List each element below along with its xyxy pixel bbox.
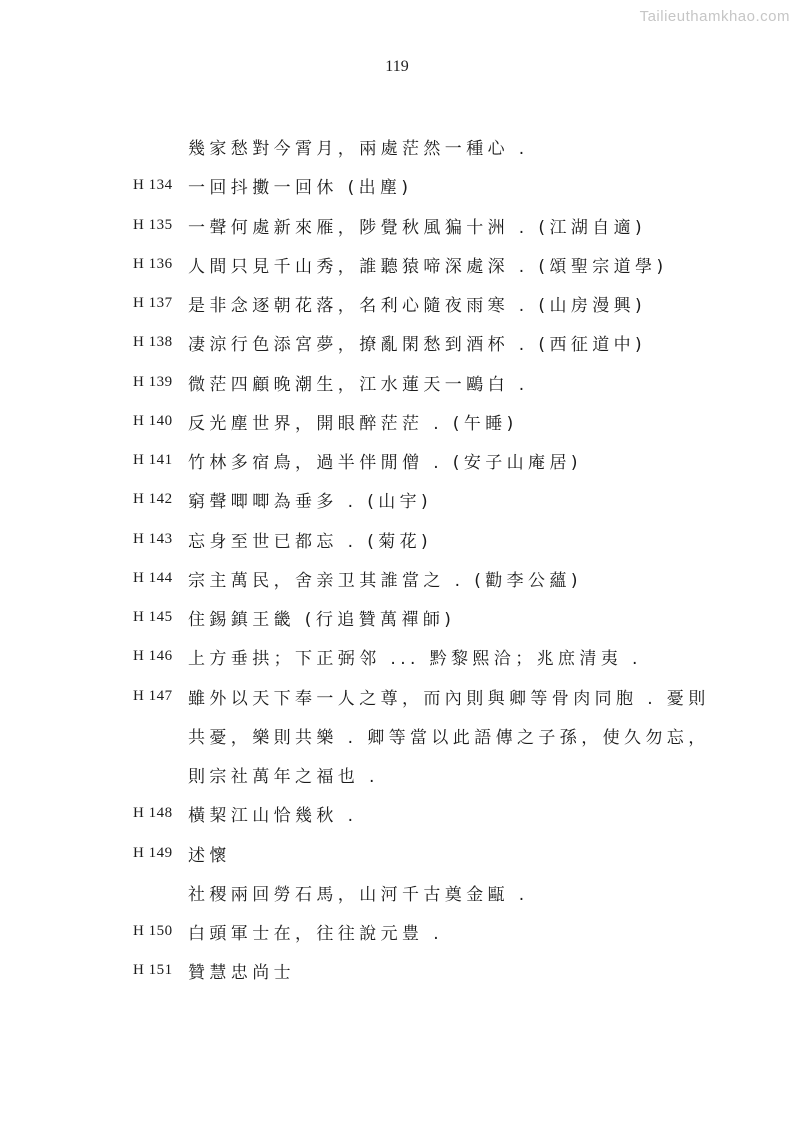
entry-label: H 142 xyxy=(133,491,188,508)
entry-label: H 138 xyxy=(133,334,188,351)
entry-row: H 145住錫鎮王畿 (行追贊萬禪師) xyxy=(133,598,754,637)
entry-row: H 147雖外以天下奉一人之尊，而內則與卿等骨肉同胞 . 憂則 xyxy=(133,677,754,716)
entry-row: 社稷兩回勞石馬，山河千古奠金甌 . xyxy=(133,873,754,912)
entry-text: 白頭軍士在，往往說元豊 . xyxy=(188,919,443,944)
entry-label: H 148 xyxy=(133,805,188,822)
entry-label: H 134 xyxy=(133,177,188,194)
entry-row: H 135一聲何處新來雁，陟覺秋風猵十洲 . (江湖自適) xyxy=(133,206,754,245)
entry-row: H 136人間只見千山秀，誰聽猿啼深處深 . (頌聖宗道學) xyxy=(133,245,754,284)
entry-text: 是非念逐朝花落，名利心隨夜雨寒 . (山房漫興) xyxy=(188,291,646,316)
entry-row: H 151贊慧忠尚士 xyxy=(133,951,754,990)
entry-row: H 143忘身至世已都忘 . (菊花) xyxy=(133,520,754,559)
entry-label: H 139 xyxy=(133,374,188,391)
entry-text: 宗主萬民，舍亲卫其誰當之 . (勸李公蘊) xyxy=(188,566,582,591)
entry-text: 窮聲唧唧為垂多 . (山宇) xyxy=(188,487,432,512)
entry-text: 則宗社萬年之福也 . xyxy=(188,762,379,787)
entry-text: 住錫鎮王畿 (行追贊萬禪師) xyxy=(188,605,455,630)
entry-label: H 140 xyxy=(133,413,188,430)
entry-row: H 141竹林多宿鳥，過半伴閒僧 . (安子山庵居) xyxy=(133,441,754,480)
entry-text: 述懷 xyxy=(188,841,231,866)
entry-text: 社稷兩回勞石馬，山河千古奠金甌 . xyxy=(188,880,529,905)
entry-label: H 151 xyxy=(133,962,188,979)
entry-text: 竹林多宿鳥，過半伴閒僧 . (安子山庵居) xyxy=(188,448,582,473)
entry-text: 幾家愁對今霄月，兩處茫然一種心 . xyxy=(188,134,529,159)
entry-row: 幾家愁對今霄月，兩處茫然一種心 . xyxy=(133,127,754,166)
entry-row: H 149述懷 xyxy=(133,834,754,873)
entry-row: H 134一回抖擻一回休 (出塵) xyxy=(133,166,754,205)
entry-label: H 135 xyxy=(133,217,188,234)
entry-row: H 140反光塵世界，開眼醉茫茫 . (午睡) xyxy=(133,402,754,441)
entry-text: 反光塵世界，開眼醉茫茫 . (午睡) xyxy=(188,409,518,434)
entry-row: H 146上方垂拱；下正弼邻 ... 黔黎熙洽；兆庶清夷 . xyxy=(133,637,754,676)
entry-row: H 148橫栔江山恰幾秋 . xyxy=(133,794,754,833)
entry-row: H 144宗主萬民，舍亲卫其誰當之 . (勸李公蘊) xyxy=(133,559,754,598)
entry-row: 則宗社萬年之福也 . xyxy=(133,755,754,794)
entry-label: H 150 xyxy=(133,923,188,940)
entry-label: H 136 xyxy=(133,256,188,273)
text-body: 幾家愁對今霄月，兩處茫然一種心 .H 134一回抖擻一回休 (出塵)H 135一… xyxy=(133,127,754,991)
entry-row: H 137是非念逐朝花落，名利心隨夜雨寒 . (山房漫興) xyxy=(133,284,754,323)
entry-text: 上方垂拱；下正弼邻 ... 黔黎熙洽；兆庶清夷 . xyxy=(188,644,642,669)
entry-text: 忘身至世已都忘 . (菊花) xyxy=(188,527,432,552)
entry-row: H 138凄涼行色添宮夢，撩亂閑愁到酒杯 . (西征道中) xyxy=(133,323,754,362)
entry-text: 共憂，樂則共樂 . 卿等當以此語傳之子孫，使久勿忘， xyxy=(188,723,710,748)
entry-row: 共憂，樂則共樂 . 卿等當以此語傳之子孫，使久勿忘， xyxy=(133,716,754,755)
entry-text: 凄涼行色添宮夢，撩亂閑愁到酒杯 . (西征道中) xyxy=(188,330,646,355)
entry-label: H 147 xyxy=(133,688,188,705)
entry-text: 一回抖擻一回休 (出塵) xyxy=(188,173,412,198)
entry-label: H 144 xyxy=(133,570,188,587)
entry-label: H 146 xyxy=(133,648,188,665)
entry-label: H 143 xyxy=(133,531,188,548)
entry-text: 雖外以天下奉一人之尊，而內則與卿等骨肉同胞 . 憂則 xyxy=(188,684,710,709)
entry-label: H 149 xyxy=(133,845,188,862)
watermark: Tailieuthamkhao.com xyxy=(640,8,790,25)
entry-row: H 142窮聲唧唧為垂多 . (山宇) xyxy=(133,480,754,519)
document-page: Tailieuthamkhao.com 119 幾家愁對今霄月，兩處茫然一種心 … xyxy=(0,0,794,1123)
entry-text: 人間只見千山秀，誰聽猿啼深處深 . (頌聖宗道學) xyxy=(188,252,667,277)
entry-row: H 139微茫四顧晚潮生，江水蓮天一鷗白 . xyxy=(133,363,754,402)
entry-label: H 141 xyxy=(133,452,188,469)
entry-row: H 150白頭軍士在，往往說元豊 . xyxy=(133,912,754,951)
entry-text: 微茫四顧晚潮生，江水蓮天一鷗白 . xyxy=(188,370,529,395)
entry-text: 一聲何處新來雁，陟覺秋風猵十洲 . (江湖自適) xyxy=(188,213,646,238)
page-number: 119 xyxy=(0,58,794,76)
entry-text: 贊慧忠尚士 xyxy=(188,958,295,983)
entry-label: H 145 xyxy=(133,609,188,626)
entry-label: H 137 xyxy=(133,295,188,312)
entry-text: 橫栔江山恰幾秋 . xyxy=(188,801,357,826)
